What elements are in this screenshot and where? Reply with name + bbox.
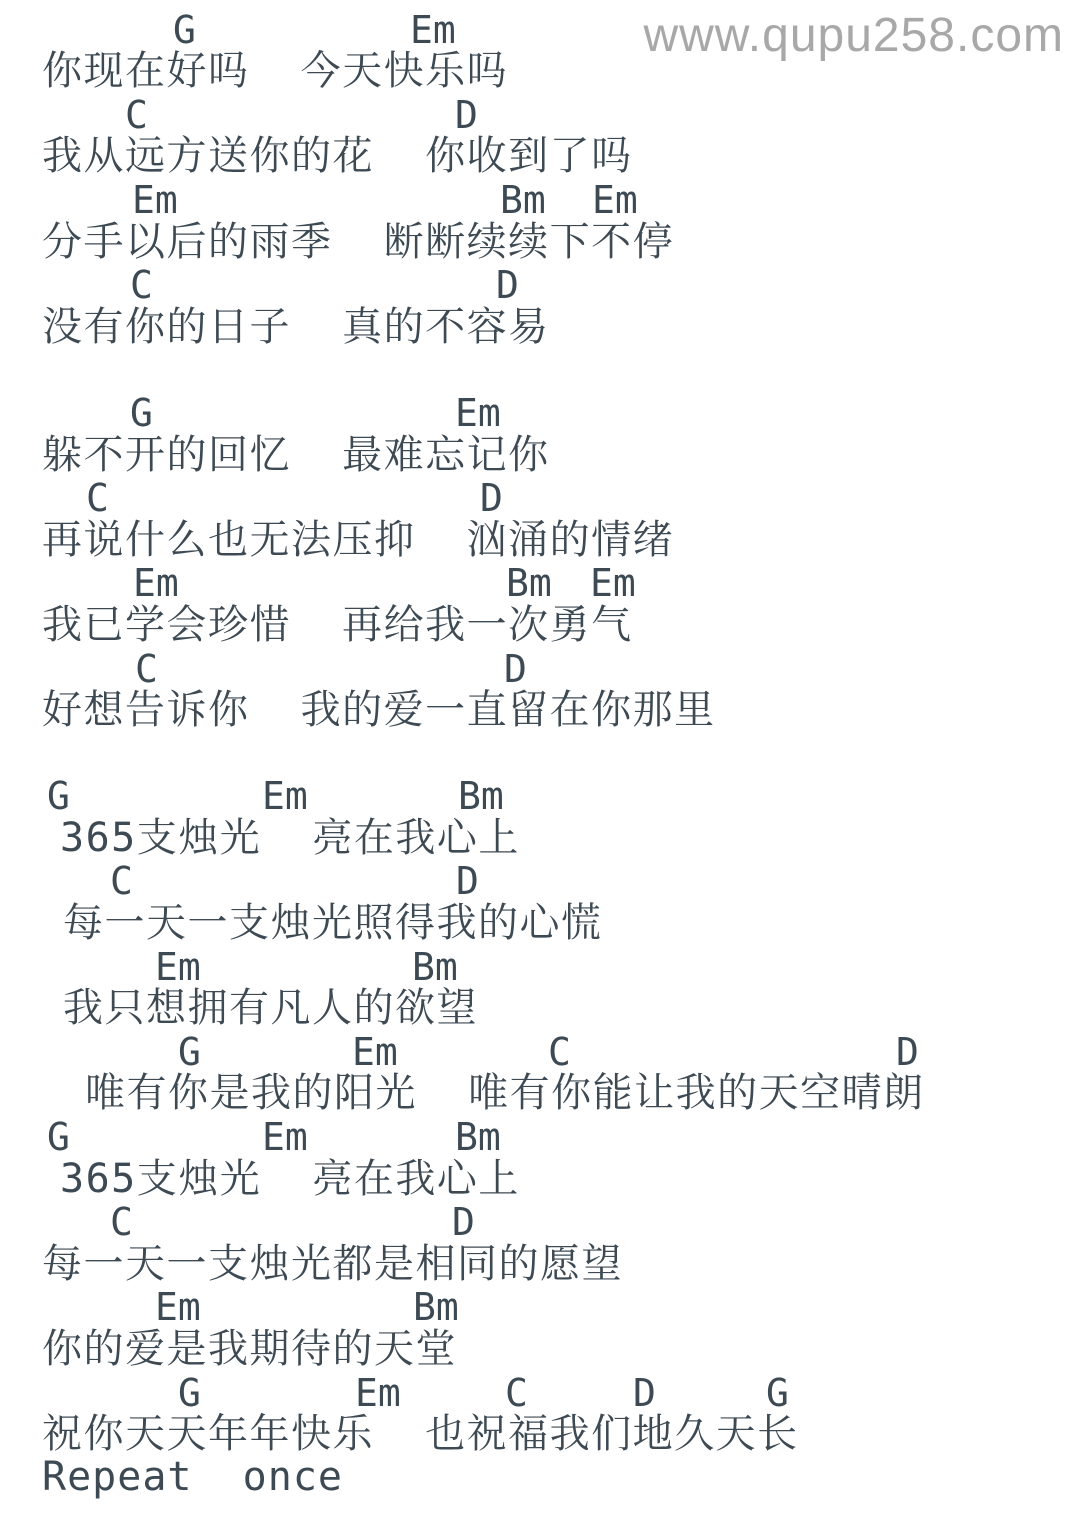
lyric-line: 你的爱是我期待的天堂 [0, 1326, 1080, 1369]
chord-d: D [504, 650, 527, 688]
chord-line: EmBmEm [0, 560, 1080, 603]
lyric-line: 每一天一支烛光都是相同的愿望 [0, 1241, 1080, 1284]
lyric-text: 每一天一支烛光都是相同的愿望 [42, 1244, 623, 1284]
lyric-text: 365支烛光 亮在我心上 [60, 1159, 520, 1199]
chord-line: CD [0, 91, 1080, 134]
chord-d: D [480, 479, 503, 517]
lyric-text: 没有你的日子 真的不容易 [42, 307, 550, 347]
lyric-text: 每一天一支烛光照得我的心慌 [63, 903, 603, 943]
chord-line: EmBm [0, 943, 1080, 986]
lyric-line: 我已学会珍惜 再给我一次勇气 [0, 602, 1080, 645]
chord-em: Em [262, 777, 308, 815]
chord-em: Em [132, 181, 178, 219]
chord-line: GEmBm [0, 1113, 1080, 1156]
repeat-note: Repeat once [42, 1457, 343, 1497]
lyric-line: 每一天一支烛光照得我的心慌 [0, 900, 1080, 943]
chord-em: Em [133, 564, 179, 602]
lyric-line: 躲不开的回忆 最难忘记你 [0, 432, 1080, 475]
chord-c: C [130, 266, 153, 304]
chord-line: CD [0, 645, 1080, 688]
chord-em: Em [155, 948, 201, 986]
chord-line: CD [0, 1199, 1080, 1242]
chord-bm: Bm [412, 948, 458, 986]
chord-line: EmBm [0, 1284, 1080, 1327]
lyric-text: 唯有你是我的阳光 唯有你能让我的天空晴朗 [85, 1073, 925, 1113]
chord-d: D [896, 1033, 919, 1071]
lyric-line: 再说什么也无法压抑 汹涌的情绪 [0, 517, 1080, 560]
chord-d: D [496, 266, 519, 304]
chord-line: GEmCD [0, 1028, 1080, 1071]
chord-line: CD [0, 262, 1080, 305]
chord-c: C [110, 862, 133, 900]
chord-line: GEm [0, 389, 1080, 432]
chord-g: G [178, 1033, 201, 1071]
chord-c: C [548, 1033, 571, 1071]
chord-line: CD [0, 858, 1080, 901]
chord-bm: Bm [458, 777, 504, 815]
lyric-text: 你的爱是我期待的天堂 [42, 1329, 457, 1369]
chord-line: EmBmEm [0, 176, 1080, 219]
lyric-line: 没有你的日子 真的不容易 [0, 304, 1080, 347]
lyric-line: 365支烛光 亮在我心上 [0, 1156, 1080, 1199]
chord-em: Em [155, 1288, 201, 1326]
blank-line [0, 347, 1080, 390]
lyric-line: 你现在好吗 今天快乐吗 [0, 49, 1080, 92]
chord-em: Em [352, 1033, 398, 1071]
lyric-line: 我只想拥有凡人的欲望 [0, 986, 1080, 1029]
page: { "watermark": { "text": "www.qupu258.co… [0, 0, 1080, 1532]
lyric-line: 我从远方送你的花 你收到了吗 [0, 134, 1080, 177]
chord-em: Em [262, 1118, 308, 1156]
chord-c: C [110, 1203, 133, 1241]
lyric-line: 分手以后的雨季 断断续续下不停 [0, 219, 1080, 262]
chord-bm: Bm [413, 1288, 459, 1326]
lyric-text: 躲不开的回忆 最难忘记你 [42, 435, 550, 475]
lyric-text: 好想告诉你 我的爱一直留在你那里 [42, 690, 716, 730]
lyric-text: 你现在好吗 今天快乐吗 [42, 51, 508, 91]
lyric-text: 分手以后的雨季 断断续续下不停 [42, 222, 674, 262]
chord-em: Em [355, 1374, 401, 1412]
chord-g: G [130, 394, 153, 432]
lyric-text: 我已学会珍惜 再给我一次勇气 [42, 605, 633, 645]
chord-g: G [766, 1374, 789, 1412]
chord-g: G [178, 1374, 201, 1412]
lyric-text: 我只想拥有凡人的欲望 [63, 988, 478, 1028]
chord-em: Em [592, 181, 638, 219]
chord-g: G [173, 11, 196, 49]
chord-g: G [47, 1118, 70, 1156]
chord-g: G [47, 777, 70, 815]
chord-c: C [86, 479, 109, 517]
lyric-line: 祝你天天年年快乐 也祝福我们地久天长 [0, 1412, 1080, 1455]
blank-line [0, 730, 1080, 773]
lyric-text: 再说什么也无法压抑 汹涌的情绪 [42, 520, 674, 560]
lyric-text: 我从远方送你的花 你收到了吗 [42, 136, 633, 176]
chord-bm: Bm [506, 564, 552, 602]
chord-d: D [456, 862, 479, 900]
chord-line: GEmBm [0, 773, 1080, 816]
chord-c: C [135, 650, 158, 688]
chord-d: D [633, 1374, 656, 1412]
chord-em: Em [410, 11, 456, 49]
chord-em: Em [590, 564, 636, 602]
lyric-line: 唯有你是我的阳光 唯有你能让我的天空晴朗 [0, 1071, 1080, 1114]
chord-c: C [505, 1374, 528, 1412]
chord-line: CD [0, 475, 1080, 518]
chord-line: GEmCDG [0, 1369, 1080, 1412]
note-line: Repeat once [0, 1454, 1080, 1497]
lyric-line: 好想告诉你 我的爱一直留在你那里 [0, 688, 1080, 731]
lyric-line: 365支烛光 亮在我心上 [0, 815, 1080, 858]
chord-bm: Bm [455, 1118, 501, 1156]
chord-d: D [452, 1203, 475, 1241]
chord-line: GEm [0, 6, 1080, 49]
chord-c: C [125, 96, 148, 134]
lyric-text: 365支烛光 亮在我心上 [60, 818, 520, 858]
chord-bm: Bm [500, 181, 546, 219]
chord-sheet: GEm你现在好吗 今天快乐吗CD我从远方送你的花 你收到了吗EmBmEm分手以后… [0, 6, 1080, 1497]
chord-d: D [455, 96, 478, 134]
chord-em: Em [455, 394, 501, 432]
lyric-text: 祝你天天年年快乐 也祝福我们地久天长 [42, 1414, 799, 1454]
